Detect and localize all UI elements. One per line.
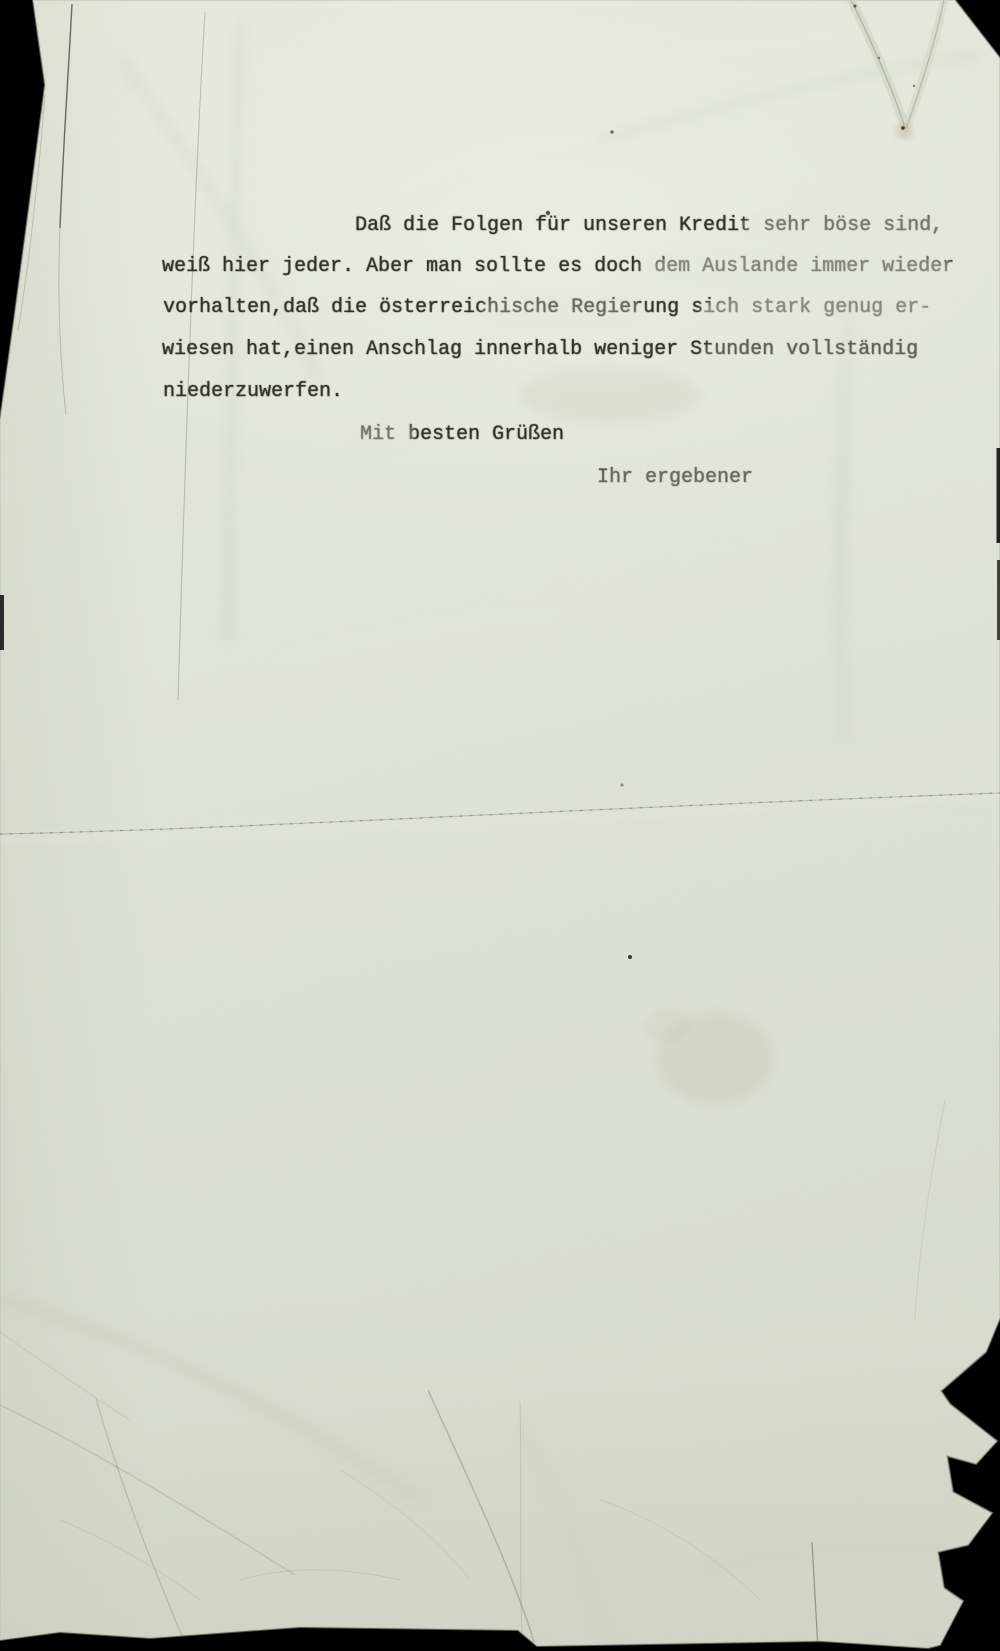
signature-line: Ihr ergebener: [597, 465, 753, 491]
typed-line-3: vorhalten,daß die österreichische Regier…: [163, 295, 931, 321]
typed-line-2: weiß hier jeder. Aber man sollte es doch…: [162, 254, 954, 280]
typed-text-block: Daß die Folgen für unseren Kredit sehr b…: [0, 0, 1000, 1651]
scanned-letter-page: Daß die Folgen für unseren Kredit sehr b…: [0, 0, 1000, 1651]
typed-line-5: niederzuwerfen.: [163, 379, 343, 405]
closing-salutation: Mit besten Grüßen: [360, 422, 564, 448]
typed-line-4: wiesen hat,einen Anschlag innerhalb weni…: [162, 337, 918, 363]
typed-line-1: Daß die Folgen für unseren Kredit sehr b…: [355, 213, 943, 239]
